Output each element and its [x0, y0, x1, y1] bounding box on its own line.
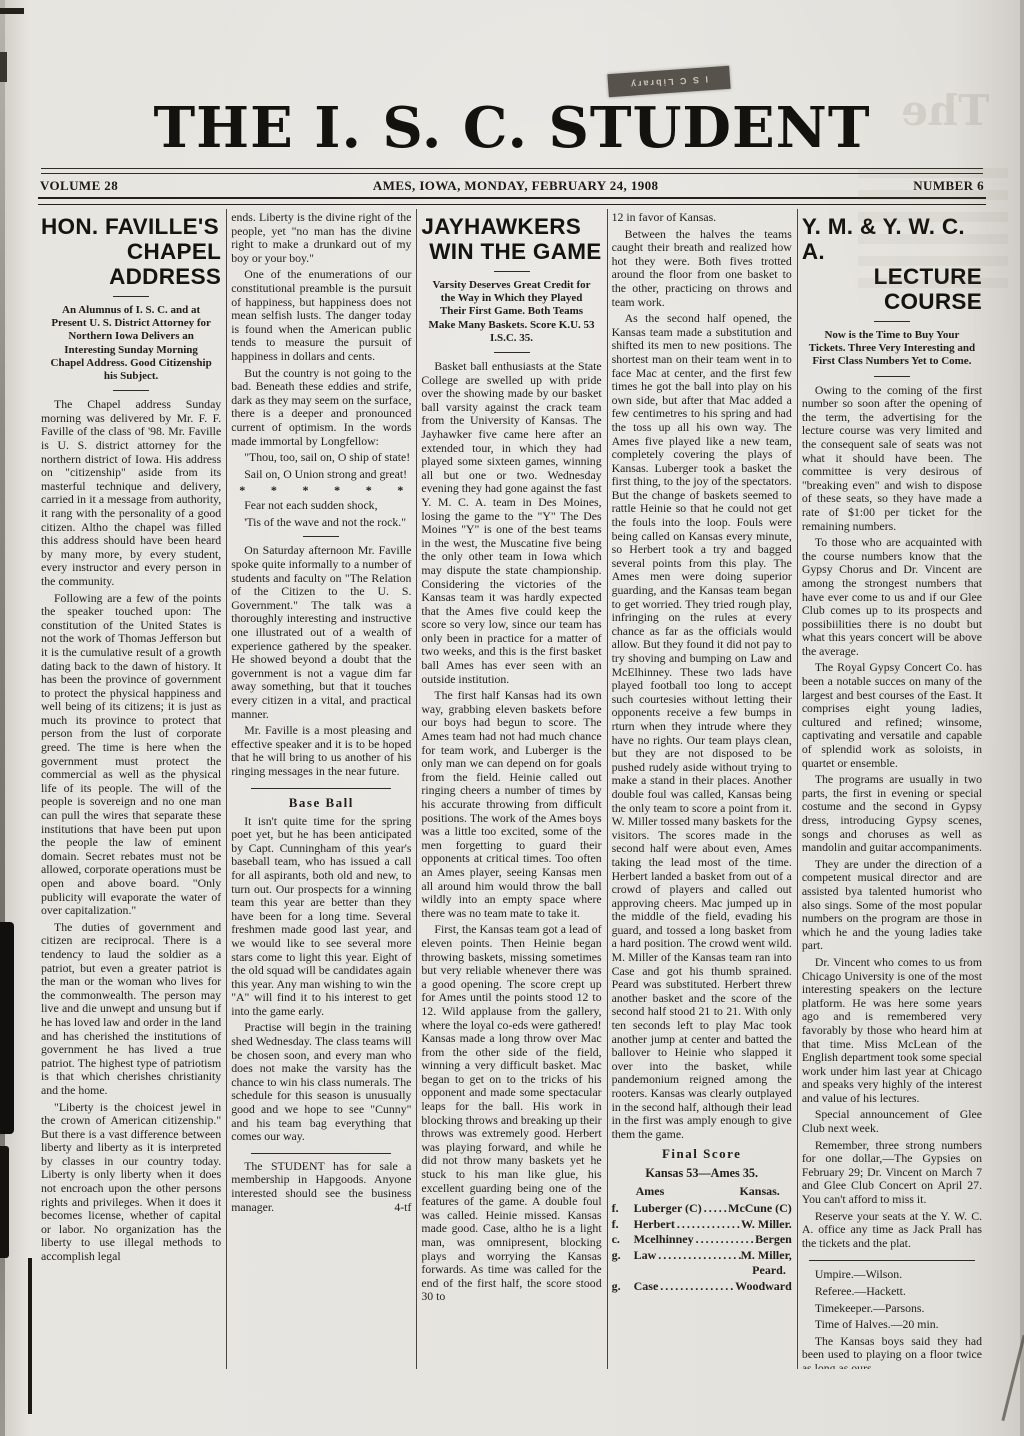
separator-rule	[113, 390, 149, 391]
paragraph: The programs are usually in two parts, t…	[802, 773, 982, 855]
lineup-row: c.Mcelhinney............................…	[612, 1232, 792, 1248]
separator-rule	[251, 788, 391, 789]
column-1: HON. FAVILLE'SCHAPEL ADDRESSAn Alumnus o…	[37, 209, 227, 1369]
article-columns: HON. FAVILLE'SCHAPEL ADDRESSAn Alumnus o…	[37, 209, 987, 1369]
headline-line: WIN THE GAME	[421, 239, 601, 264]
position-label: c.	[612, 1232, 634, 1248]
player-away: M. Miller,	[741, 1248, 792, 1264]
dateline: AMES, IOWA, MONDAY, FEBRUARY 24, 1908	[373, 178, 659, 194]
paragraph: Sail on, O Union strong and great!	[231, 468, 411, 482]
player-away: McCune (C)	[728, 1201, 792, 1217]
section-subhead: Final Score	[612, 1146, 792, 1162]
article-deck: An Alumnus of I. S. C. and at Present U.…	[47, 304, 215, 383]
separator-rule	[113, 296, 149, 297]
player-away: Bergen	[755, 1232, 792, 1248]
dot-leader: ........................................	[656, 1248, 740, 1264]
paragraph: The duties of government and citizen are…	[41, 921, 221, 1098]
lineup-group: g.Case..................................…	[612, 1279, 792, 1295]
lineup-row: g.Case..................................…	[612, 1279, 792, 1295]
lineup-row: f.Herbert...............................…	[612, 1217, 792, 1233]
paragraph: Dr. Vincent who comes to us from Chicago…	[802, 956, 982, 1106]
separator-rule	[494, 271, 530, 272]
position-label: g.	[612, 1248, 634, 1264]
paragraph: Practise will begin in the training shed…	[231, 1021, 411, 1143]
star-glyph: *	[271, 484, 277, 497]
player-away: W. Miller.	[741, 1217, 792, 1233]
paragraph: The Chapel address Sunday morning was de…	[41, 398, 221, 588]
paragraph: Between the halves the teams caught thei…	[612, 228, 792, 310]
paragraph: ends. Liberty is the divine right of the…	[231, 211, 411, 265]
position-label: f.	[612, 1201, 634, 1217]
lineup-group: c.Mcelhinney............................…	[612, 1232, 792, 1248]
paragraph: First, the Kansas team got a lead of ele…	[421, 923, 601, 1304]
paragraph: 12 in favor of Kansas.	[612, 211, 792, 225]
dot-leader: ........................................	[675, 1217, 741, 1233]
team-header: AmesKansas.	[612, 1184, 792, 1199]
dot-leader: ........................................	[658, 1279, 735, 1295]
headline-line: CHAPEL ADDRESS	[41, 239, 221, 289]
lineup-group: g.Law...................................…	[612, 1248, 792, 1279]
paragraph: To those who are acquainted with the cou…	[802, 536, 982, 658]
paragraph: "Thou, too, sail on, O ship of state!	[231, 451, 411, 465]
dot-leader: ........................................	[702, 1201, 728, 1217]
library-stamp: I S C Library	[607, 66, 730, 97]
bleedthrough-ghost	[858, 168, 1008, 298]
player-away: Woodward	[735, 1279, 792, 1295]
ink-line	[28, 1258, 32, 1414]
headline-line: JAYHAWKERS	[421, 214, 601, 239]
dateline-row: VOLUME 28 AMES, IOWA, MONDAY, FEBRUARY 2…	[40, 178, 984, 194]
lineup-group: f.Herbert...............................…	[612, 1217, 792, 1233]
team-away-label: Kansas.	[739, 1184, 779, 1199]
paragraph: The Kansas boys said they had been used …	[802, 1335, 982, 1369]
article-headline: JAYHAWKERSWIN THE GAME	[421, 214, 601, 264]
column-2: ends. Liberty is the divine right of the…	[227, 209, 417, 1369]
ink-blob	[0, 1146, 9, 1258]
bleedthrough-ghost: The	[901, 86, 990, 135]
star-glyph: *	[397, 484, 403, 497]
star-glyph: *	[239, 484, 245, 497]
separator-rule	[809, 1260, 975, 1261]
paragraph: It isn't quite time for the spring poet …	[231, 815, 411, 1019]
lineup-row: g.Law...................................…	[612, 1248, 792, 1264]
star-glyph: *	[302, 484, 308, 497]
newspaper-title: THE I. S. C. STUDENT	[0, 98, 1024, 158]
position-label: g.	[612, 1279, 634, 1295]
headline-line: HON. FAVILLE'S	[41, 214, 221, 239]
paragraph: As the second half opened, the Kansas te…	[612, 312, 792, 1141]
ink-mark	[0, 52, 7, 82]
final-score-line: Kansas 53—Ames 35.	[612, 1166, 792, 1181]
paragraph: The STUDENT has for sale a membership in…	[231, 1160, 411, 1214]
paragraph: Timekeeper.—Parsons.	[802, 1302, 982, 1316]
column-4: 12 in favor of Kansas.Between the halves…	[608, 209, 798, 1369]
section-subhead: Base Ball	[231, 795, 411, 811]
paragraph: Special announcement of Glee Club next w…	[802, 1108, 982, 1135]
column-5: Y. M. & Y. W. C. A.LECTURE COURSENow is …	[798, 209, 987, 1369]
article-headline: HON. FAVILLE'SCHAPEL ADDRESS	[41, 214, 221, 289]
paragraph: Time of Halves.—20 min.	[802, 1318, 982, 1332]
paragraph: But the country is not going to the bad.…	[231, 367, 411, 449]
lineup-group: f.Luberger (C)..........................…	[612, 1201, 792, 1217]
player-home: Mcelhinney	[634, 1232, 694, 1248]
article-deck: Varsity Deserves Great Credit for the Wa…	[427, 279, 595, 345]
paragraph: The first half Kansas had its own way, g…	[421, 689, 601, 920]
separator-rule	[494, 352, 530, 353]
position-label: f.	[612, 1217, 634, 1233]
article-deck: Now is the Time to Buy Your Tickets. Thr…	[808, 329, 976, 369]
separator-rule	[303, 536, 339, 537]
paragraph: Remember, three strong numbers for one d…	[802, 1139, 982, 1207]
paragraph: On Saturday afternoon Mr. Faville spoke …	[231, 544, 411, 721]
player-home: Herbert	[634, 1217, 675, 1233]
paragraph: One of the enumerations of our constitut…	[231, 268, 411, 363]
issue-tag: 4-tf	[381, 1201, 411, 1215]
dot-leader: ........................................	[694, 1232, 756, 1248]
team-home-label: Ames	[636, 1184, 665, 1199]
paragraph: They are under the direction of a compet…	[802, 858, 982, 953]
masthead-rule	[41, 168, 983, 174]
library-stamp-text: I S C Library	[629, 74, 709, 89]
player-home: Luberger (C)	[634, 1201, 702, 1217]
ink-mark	[0, 8, 24, 14]
player-away-continued: Peard.	[612, 1263, 792, 1279]
star-separator: ******	[231, 484, 411, 497]
paragraph: Basket ball enthusiasts at the State Col…	[421, 360, 601, 686]
newspaper-scan-page: { "page": { "stamp_text": "I S C Library…	[0, 0, 1024, 1436]
volume-label: VOLUME 28	[40, 178, 118, 194]
ink-blob	[0, 922, 14, 1134]
paragraph: "Liberty is the choicest jewel in the cr…	[41, 1101, 221, 1264]
paragraph: Referee.—Hackett.	[802, 1285, 982, 1299]
paragraph: Umpire.—Wilson.	[802, 1268, 982, 1282]
paragraph: The Royal Gypsy Concert Co. has been a n…	[802, 661, 982, 770]
paragraph: Following are a few of the points the sp…	[41, 592, 221, 918]
player-home: Law	[634, 1248, 657, 1264]
lineup-row: f.Luberger (C)..........................…	[612, 1201, 792, 1217]
paragraph: Mr. Faville is a most pleasing and effec…	[231, 724, 411, 778]
scan-edge-right	[1020, 0, 1024, 1436]
paragraph: Reserve your seats at the Y. W. C. A. of…	[802, 1210, 982, 1251]
star-glyph: *	[334, 484, 340, 497]
player-home: Case	[634, 1279, 659, 1295]
paragraph: Owing to the coming of the first number …	[802, 384, 982, 534]
paragraph: Fear not each sudden shock,	[231, 499, 411, 513]
star-glyph: *	[366, 484, 372, 497]
dateline-rule	[38, 197, 986, 205]
column-3: JAYHAWKERSWIN THE GAMEVarsity Deserves G…	[417, 209, 607, 1369]
separator-rule	[874, 376, 910, 377]
separator-rule	[251, 1153, 391, 1154]
separator-rule	[874, 321, 910, 322]
paragraph: 'Tis of the wave and not the rock."	[231, 516, 411, 530]
